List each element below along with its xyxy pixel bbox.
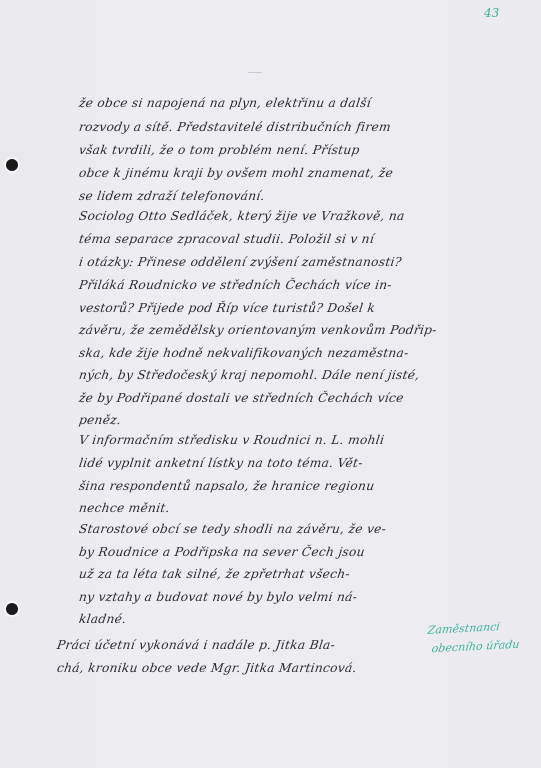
text-line: vestorů? Přijede pod Říp více turistů? D… xyxy=(78,301,376,315)
text-line: nechce měnit. xyxy=(78,501,171,515)
text-line: však tvrdili, že o tom problém není. Pří… xyxy=(78,143,361,157)
text-line: šina respondentů napsalo, že hranice reg… xyxy=(78,479,375,493)
text-line: i otázky: Přinese oddělení zvýšení zaměs… xyxy=(78,255,403,269)
text-line: V informačním středisku v Roudnici n. L.… xyxy=(78,433,385,447)
text-line: ných, by Středočeský kraj nepomohl. Dále… xyxy=(78,368,420,382)
text-line: Přiláká Roudnicko ve středních Čechách v… xyxy=(78,278,393,292)
text-line: ny vztahy a budovat nové by bylo velmi n… xyxy=(78,590,358,604)
margin-note: Zaměstnanci xyxy=(427,620,501,637)
punch-hole-icon xyxy=(6,603,18,615)
divider-dash xyxy=(248,72,262,73)
text-line: že by Podřipané dostali ve středních Čec… xyxy=(78,391,405,405)
chronicle-page: 43 že obce si napojená na plyn, elektřin… xyxy=(0,0,541,768)
text-line: Sociolog Otto Sedláček, který žije ve Vr… xyxy=(78,209,406,223)
text-line: lidé vyplnit anketní lístky na toto téma… xyxy=(78,456,364,470)
text-line: kladné. xyxy=(78,612,127,626)
text-line: obce k jinému kraji by ovšem mohl znamen… xyxy=(78,166,394,180)
text-line: by Roudnice a Podřipska na sever Čech js… xyxy=(78,545,366,559)
text-line: chá, kroniku obce vede Mgr. Jitka Martin… xyxy=(56,661,358,675)
margin-note: obecního úřadu xyxy=(431,638,520,656)
text-line: ska, kde žije hodně nekvalifikovaných ne… xyxy=(78,346,410,360)
text-line: peněz. xyxy=(78,413,122,427)
text-line: Práci účetní vykonává i nadále p. Jitka … xyxy=(56,638,336,652)
text-line: že obce si napojená na plyn, elektřinu a… xyxy=(78,96,372,110)
text-line: se lidem zdraží telefonování. xyxy=(78,189,266,203)
text-line: rozvody a sítě. Představitelé distribučn… xyxy=(78,120,392,134)
text-line: téma separace zpracoval studii. Položil … xyxy=(78,232,375,246)
text-line: závěru, že zemědělsky orientovaným venko… xyxy=(78,323,438,337)
text-line: už za ta léta tak silné, že zpřetrhat vš… xyxy=(78,567,351,581)
punch-hole-icon xyxy=(6,159,18,171)
page-number: 43 xyxy=(484,6,499,20)
text-line: Starostové obcí se tedy shodli na závěru… xyxy=(78,522,387,536)
